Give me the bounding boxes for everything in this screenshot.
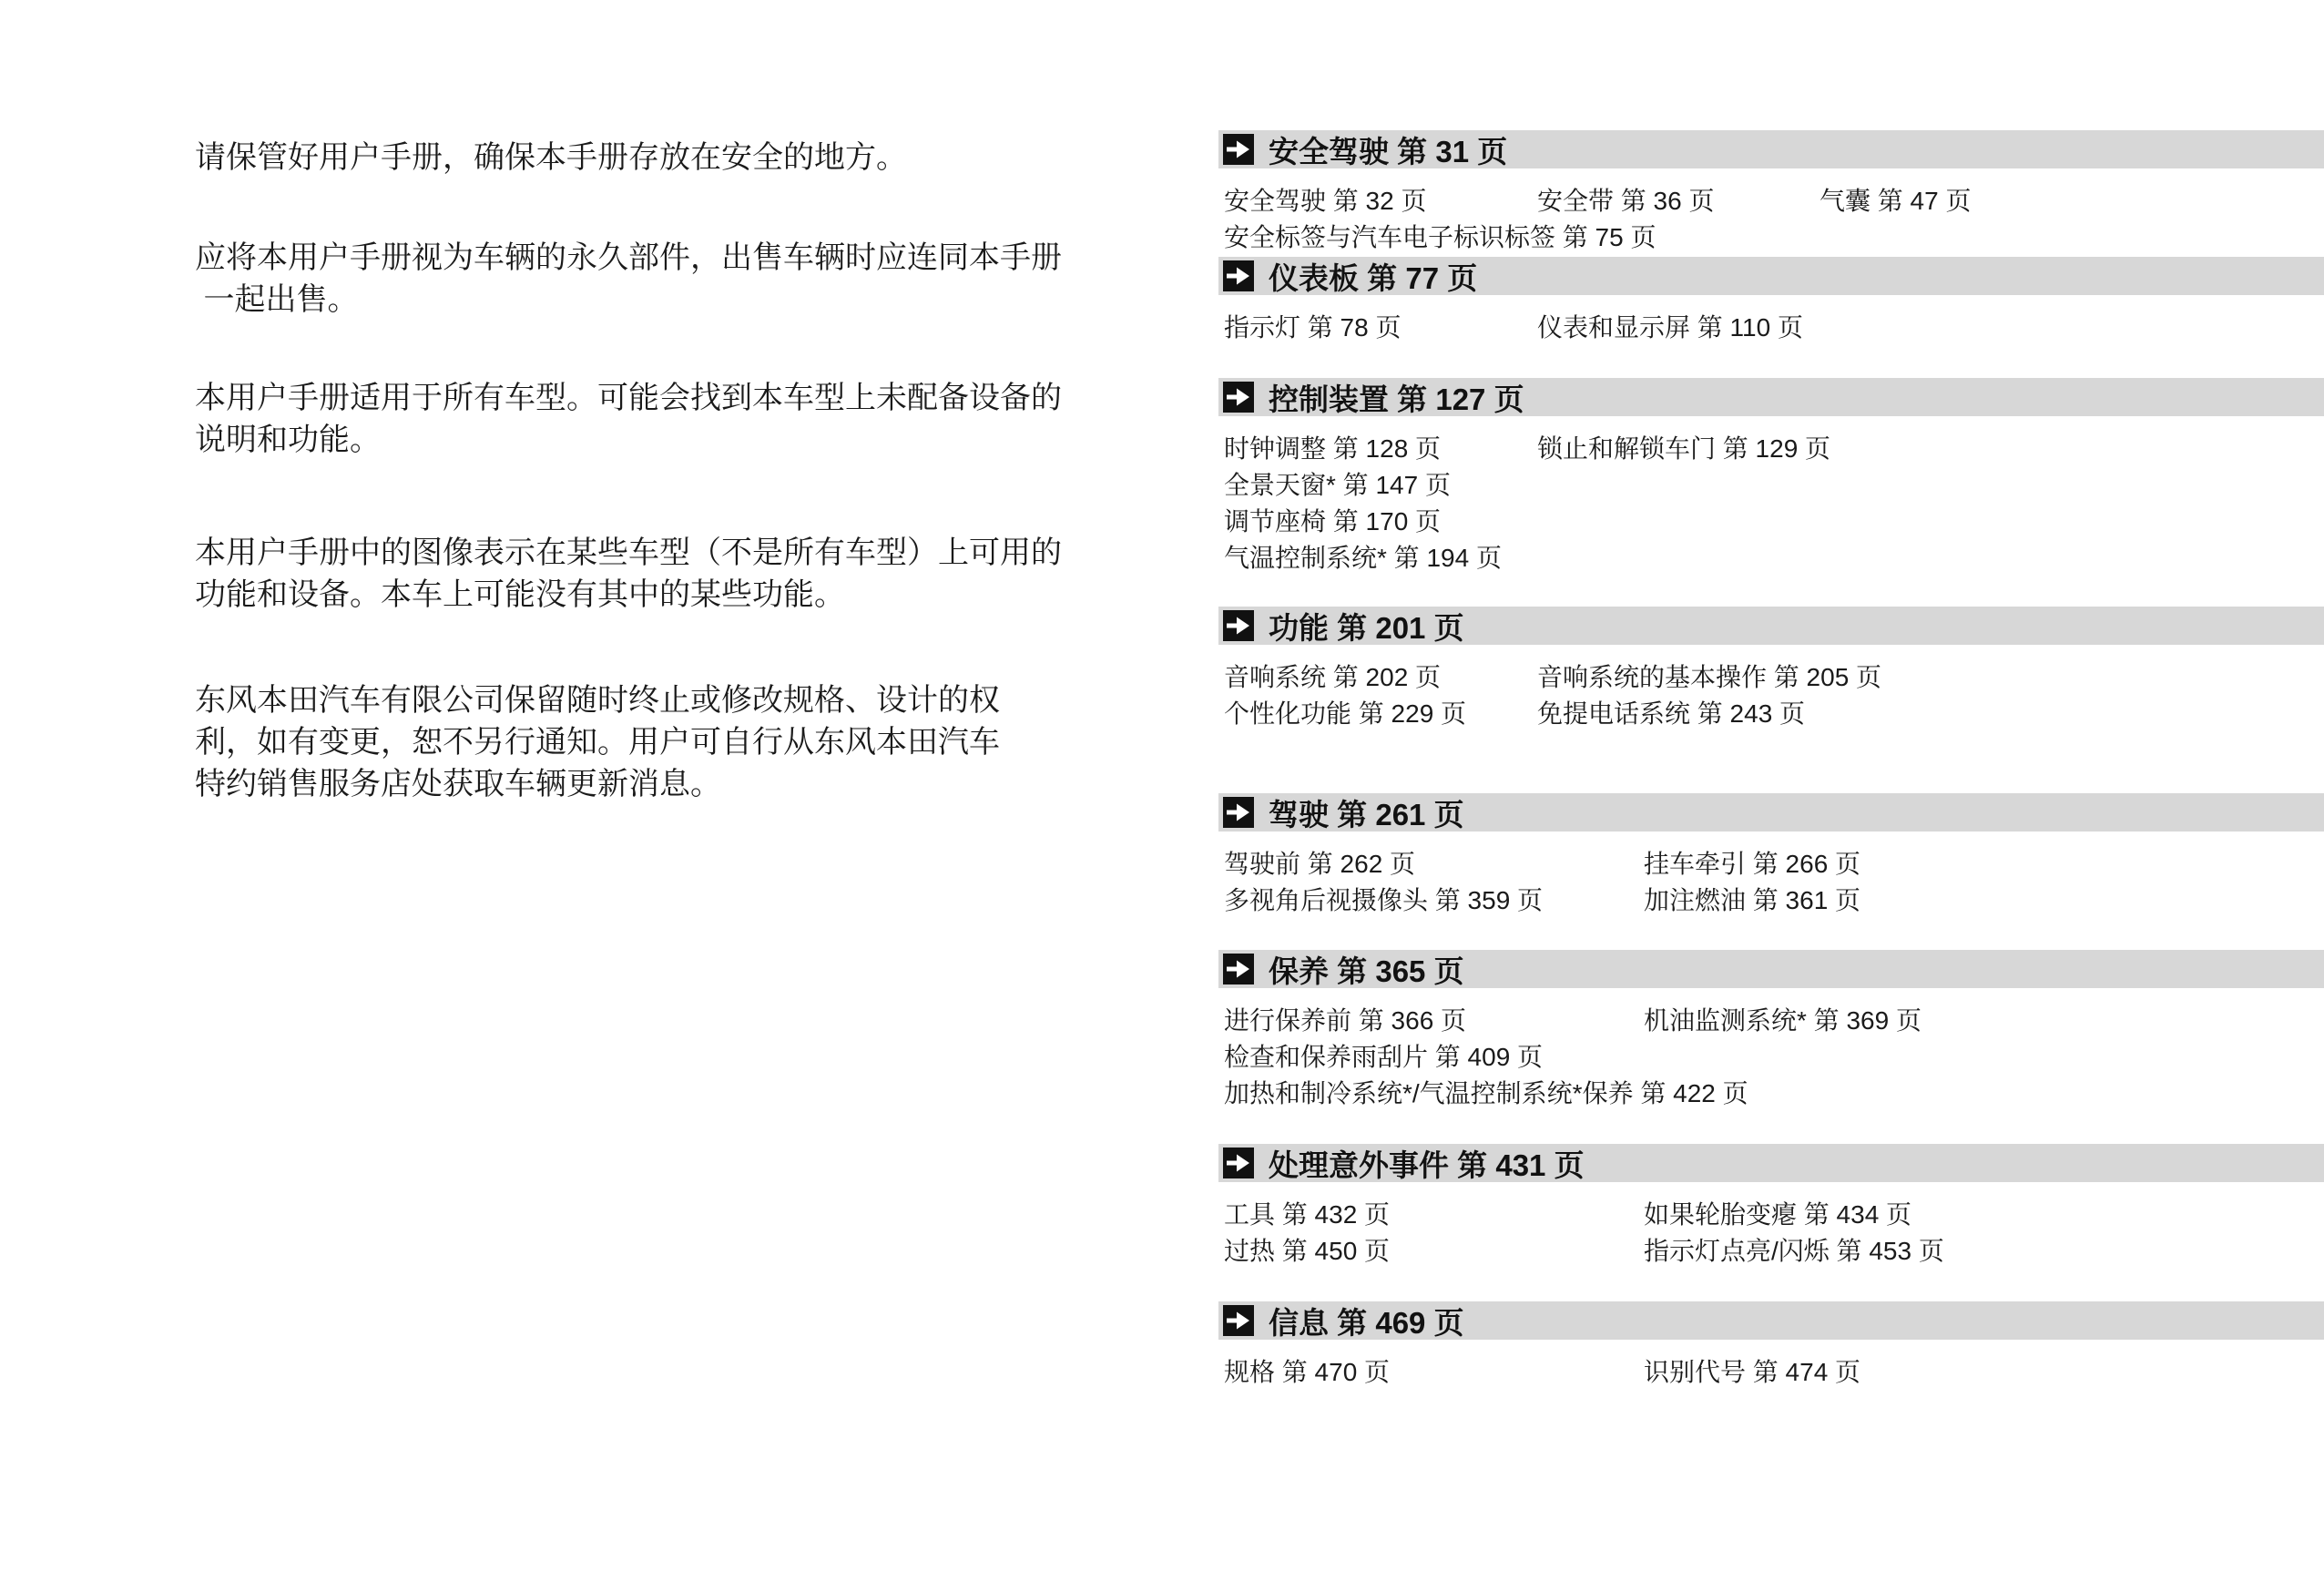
- toc-items: 音响系统 第 202 页 音响系统的基本操作 第 205 页 个性化功能 第 2…: [1224, 659, 2324, 732]
- toc-section-title: 仪表板 第 77 页: [1269, 255, 1477, 298]
- arrow-right-icon: [1223, 1148, 1254, 1178]
- toc-item[interactable]: 安全驾驶 第 32 页: [1224, 183, 1537, 219]
- toc-item[interactable]: 锁止和解锁车门 第 129 页: [1537, 431, 1830, 467]
- toc-section-header[interactable]: 驾驶 第 261 页: [1218, 793, 2324, 831]
- toc-item[interactable]: 驾驶前 第 262 页: [1224, 846, 1644, 882]
- intro-paragraph: 应将本用户手册视为车辆的永久部件，出售车辆时应连同本手册 一起出售。: [195, 237, 1210, 321]
- toc-item[interactable]: 免提电话系统 第 243 页: [1537, 696, 1805, 732]
- toc-section-header[interactable]: 仪表板 第 77 页: [1218, 257, 2324, 295]
- toc-item[interactable]: 气囊 第 47 页: [1819, 183, 1971, 219]
- toc-items: 时钟调整 第 128 页 锁止和解锁车门 第 129 页 全景天窗* 第 147…: [1224, 431, 2324, 576]
- toc-section-information: 信息 第 469 页 规格 第 470 页 识别代号 第 474 页: [1218, 1301, 2324, 1391]
- toc-section-title: 控制装置 第 127 页: [1269, 376, 1524, 419]
- arrow-right-icon: [1223, 797, 1254, 828]
- toc-item[interactable]: 指示灯点亮/闪烁 第 453 页: [1644, 1233, 1944, 1270]
- toc-section-header[interactable]: 功能 第 201 页: [1218, 607, 2324, 645]
- toc-item[interactable]: 个性化功能 第 229 页: [1224, 696, 1537, 732]
- toc-items: 指示灯 第 78 页 仪表和显示屏 第 110 页: [1224, 310, 2324, 346]
- toc-item[interactable]: 加热和制冷系统*/气温控制系统*保养 第 422 页: [1224, 1076, 1748, 1112]
- toc-section-safe-driving: 安全驾驶 第 31 页 安全驾驶 第 32 页 安全带 第 36 页 气囊 第 …: [1218, 130, 2324, 256]
- toc-item[interactable]: 指示灯 第 78 页: [1224, 310, 1537, 346]
- toc-item[interactable]: 识别代号 第 474 页: [1644, 1354, 1860, 1391]
- arrow-right-icon: [1223, 382, 1254, 413]
- toc-section-handling-unexpected: 处理意外事件 第 431 页 工具 第 432 页 如果轮胎变瘪 第 434 页…: [1218, 1144, 2324, 1270]
- toc-items: 规格 第 470 页 识别代号 第 474 页: [1224, 1354, 2324, 1391]
- toc-item[interactable]: 规格 第 470 页: [1224, 1354, 1644, 1391]
- toc-section-header[interactable]: 控制装置 第 127 页: [1218, 378, 2324, 416]
- toc-item[interactable]: 音响系统的基本操作 第 205 页: [1537, 659, 1881, 696]
- toc-section-title: 功能 第 201 页: [1269, 605, 1464, 648]
- toc-items: 工具 第 432 页 如果轮胎变瘪 第 434 页 过热 第 450 页 指示灯…: [1224, 1197, 2324, 1270]
- toc-section-header[interactable]: 安全驾驶 第 31 页: [1218, 130, 2324, 168]
- toc-section-title: 信息 第 469 页: [1269, 1300, 1464, 1342]
- intro-paragraphs: 请保管好用户手册，确保本手册存放在安全的地方。 应将本用户手册视为车辆的永久部件…: [195, 137, 1210, 805]
- toc-item[interactable]: 挂车牵引 第 266 页: [1644, 846, 1860, 882]
- toc-items: 进行保养前 第 366 页 机油监测系统* 第 369 页 检查和保养雨刮片 第…: [1224, 1003, 2324, 1112]
- toc-item[interactable]: 调节座椅 第 170 页: [1224, 504, 1441, 540]
- toc-section-controls: 控制装置 第 127 页 时钟调整 第 128 页 锁止和解锁车门 第 129 …: [1218, 378, 2324, 576]
- toc-items: 驾驶前 第 262 页 挂车牵引 第 266 页 多视角后视摄像头 第 359 …: [1224, 846, 2324, 919]
- intro-paragraph: 本用户手册中的图像表示在某些车型（不是所有车型）上可用的 功能和设备。本车上可能…: [195, 532, 1210, 616]
- arrow-right-icon: [1223, 610, 1254, 641]
- toc-section-title: 安全驾驶 第 31 页: [1269, 128, 1507, 171]
- toc-item[interactable]: 全景天窗* 第 147 页: [1224, 467, 1451, 504]
- toc-item[interactable]: 安全标签与汽车电子标识标签 第 75 页: [1224, 219, 1656, 256]
- toc-section-title: 驾驶 第 261 页: [1269, 791, 1464, 834]
- toc-item[interactable]: 仪表和显示屏 第 110 页: [1537, 310, 1803, 346]
- intro-paragraph: 东风本田汽车有限公司保留随时终止或修改规格、设计的权 利，如有变更，恕不另行通知…: [195, 679, 1210, 805]
- toc-item[interactable]: 音响系统 第 202 页: [1224, 659, 1537, 696]
- toc-item[interactable]: 加注燃油 第 361 页: [1644, 882, 1860, 919]
- toc-item[interactable]: 时钟调整 第 128 页: [1224, 431, 1537, 467]
- toc-item[interactable]: 进行保养前 第 366 页: [1224, 1003, 1644, 1039]
- toc-item[interactable]: 机油监测系统* 第 369 页: [1644, 1003, 1921, 1039]
- toc-item[interactable]: 如果轮胎变瘪 第 434 页: [1644, 1197, 1911, 1233]
- toc-section-title: 保养 第 365 页: [1269, 948, 1464, 991]
- toc-section-header[interactable]: 处理意外事件 第 431 页: [1218, 1144, 2324, 1182]
- toc-item[interactable]: 检查和保养雨刮片 第 409 页: [1224, 1039, 1543, 1076]
- arrow-right-icon: [1223, 1305, 1254, 1336]
- toc-item[interactable]: 气温控制系统* 第 194 页: [1224, 540, 1502, 576]
- toc-section-driving: 驾驶 第 261 页 驾驶前 第 262 页 挂车牵引 第 266 页 多视角后…: [1218, 793, 2324, 919]
- toc-items: 安全驾驶 第 32 页 安全带 第 36 页 气囊 第 47 页 安全标签与汽车…: [1224, 183, 2324, 256]
- toc-section-header[interactable]: 信息 第 469 页: [1218, 1301, 2324, 1340]
- arrow-right-icon: [1223, 954, 1254, 984]
- toc-section-instrument-panel: 仪表板 第 77 页 指示灯 第 78 页 仪表和显示屏 第 110 页: [1218, 257, 2324, 346]
- toc-item[interactable]: 过热 第 450 页: [1224, 1233, 1644, 1270]
- toc-section-header[interactable]: 保养 第 365 页: [1218, 950, 2324, 988]
- arrow-right-icon: [1223, 134, 1254, 165]
- toc-section-maintenance: 保养 第 365 页 进行保养前 第 366 页 机油监测系统* 第 369 页…: [1218, 950, 2324, 1112]
- toc-section-features: 功能 第 201 页 音响系统 第 202 页 音响系统的基本操作 第 205 …: [1218, 607, 2324, 732]
- toc-item[interactable]: 工具 第 432 页: [1224, 1197, 1644, 1233]
- arrow-right-icon: [1223, 260, 1254, 291]
- intro-paragraph: 请保管好用户手册，确保本手册存放在安全的地方。: [195, 137, 1210, 179]
- toc-item[interactable]: 多视角后视摄像头 第 359 页: [1224, 882, 1644, 919]
- toc-item[interactable]: 安全带 第 36 页: [1537, 183, 1819, 219]
- intro-paragraph: 本用户手册适用于所有车型。可能会找到本车型上未配备设备的 说明和功能。: [195, 377, 1210, 461]
- toc-section-title: 处理意外事件 第 431 页: [1269, 1142, 1585, 1185]
